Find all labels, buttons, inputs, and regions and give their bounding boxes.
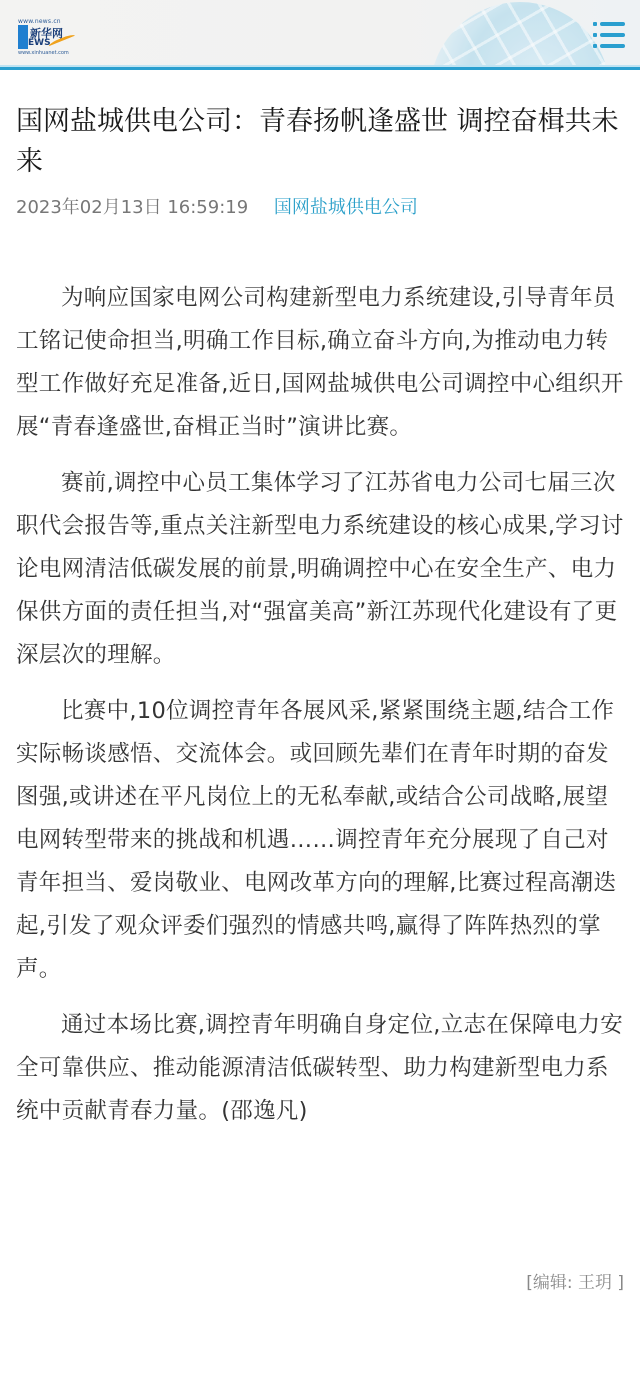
xinhua-news-logo[interactable]: www.news.cn 新华网 EWS www.xinhuanet.com	[16, 18, 78, 56]
logo-n-glyph	[18, 25, 28, 49]
logo-news-text: EWS	[28, 38, 51, 48]
logo-url-bottom: www.xinhuanet.com	[18, 50, 69, 56]
article-title: 国网盐城供电公司：青春扬帆逢盛世 调控奋楫共未来	[16, 102, 628, 182]
source-link[interactable]: 国网盐城供电公司	[274, 197, 418, 218]
publish-date: 2023年02月13日 16:59:19	[16, 197, 248, 218]
article-paragraph: 比赛中,10位调控青年各展风采,紧紧围绕主题,结合工作实际畅谈感悟、交流体会。或…	[16, 690, 628, 991]
article-paragraph: 赛前,调控中心员工集体学习了江苏省电力公司七届三次职代会报告等,重点关注新型电力…	[16, 462, 628, 677]
globe-decoration	[430, 2, 610, 70]
header-divider	[0, 67, 640, 70]
article-paragraph: 为响应国家电网公司构建新型电力系统建设,引导青年员工铭记使命担当,明确工作目标,…	[16, 277, 628, 449]
site-header: www.news.cn 新华网 EWS www.xinhuanet.com	[0, 0, 640, 70]
article-meta: 2023年02月13日 16:59:19 国网盐城供电公司	[16, 196, 418, 220]
hamburger-menu-icon[interactable]	[593, 20, 625, 50]
article-paragraph: 通过本场比赛,调控青年明确自身定位,立志在保障电力安全可靠供应、推动能源清洁低碳…	[16, 1004, 628, 1133]
editor-credit: [编辑: 王玥 ]	[526, 1268, 624, 1293]
logo-url-top: www.news.cn	[18, 18, 61, 25]
article-body: 为响应国家电网公司构建新型电力系统建设,引导青年员工铭记使命担当,明确工作目标,…	[16, 277, 628, 1146]
